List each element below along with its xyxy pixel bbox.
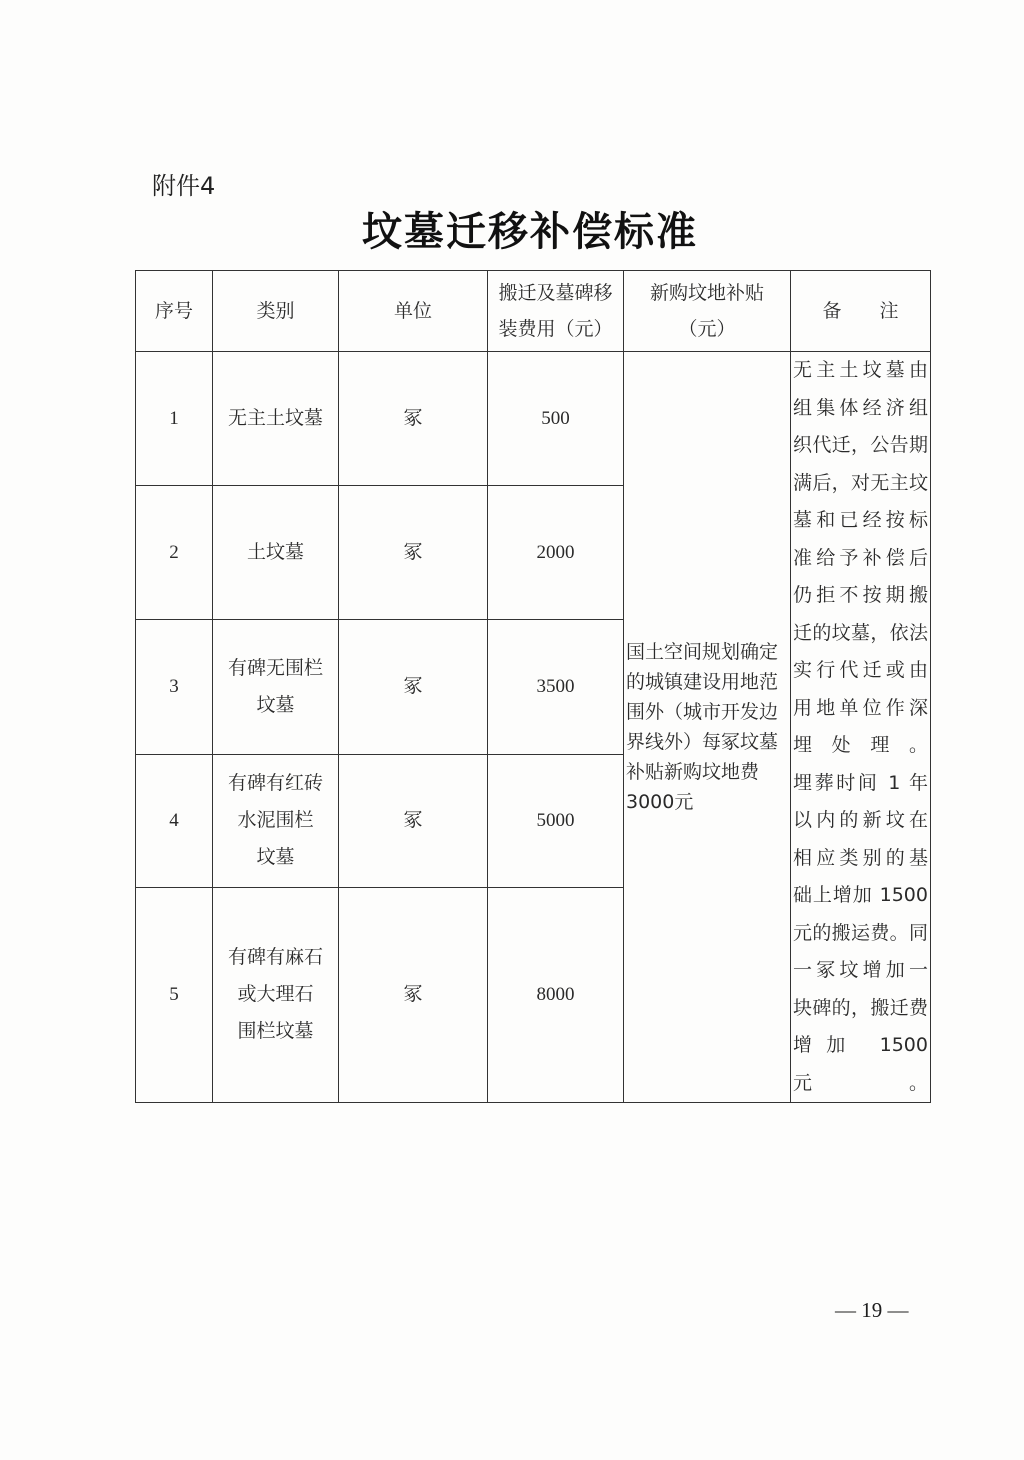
compensation-table: 序号 类别 单位 搬迁及墓碑移 装费用（元） 新购坟地补贴 （元） 备 注 1 … xyxy=(135,270,931,1103)
row-fee: 3500 xyxy=(488,620,624,754)
row-no: 5 xyxy=(136,887,213,1102)
subsidy-cell: 国土空间规划确定的城镇建设用地范围外（城市开发边界线外）每冢坟墓补贴新购坟地费3… xyxy=(624,352,791,1103)
row-unit: 冢 xyxy=(339,486,488,620)
row-no: 2 xyxy=(136,486,213,620)
header-no: 序号 xyxy=(136,271,213,352)
row-category: 土坟墓 xyxy=(213,486,339,620)
row-category: 有碑有麻石或大理石围栏坟墓 xyxy=(213,887,339,1102)
row-fee: 8000 xyxy=(488,887,624,1102)
row-fee: 2000 xyxy=(488,486,624,620)
row-no: 4 xyxy=(136,754,213,887)
row-fee: 5000 xyxy=(488,754,624,887)
row-category: 有碑无围栏坟墓 xyxy=(213,620,339,754)
header-relocation-fee: 搬迁及墓碑移 装费用（元） xyxy=(488,271,624,352)
remarks-cell: 无主土坟墓由组集体经济组织代迁，公告期满后，对无主坟墓和已经按标准给予补偿后仍拒… xyxy=(791,352,931,1103)
row-unit: 冢 xyxy=(339,887,488,1102)
row-unit: 冢 xyxy=(339,620,488,754)
row-category: 有碑有红砖水泥围栏坟墓 xyxy=(213,754,339,887)
row-no: 1 xyxy=(136,352,213,486)
table-row: 1 无主土坟墓 冢 500 国土空间规划确定的城镇建设用地范围外（城市开发边界线… xyxy=(136,352,931,486)
header-new-plot-subsidy: 新购坟地补贴 （元） xyxy=(624,271,791,352)
attachment-label: 附件4 xyxy=(152,166,215,201)
document-title: 坟墓迁移补偿标准 xyxy=(0,200,1024,257)
header-unit: 单位 xyxy=(339,271,488,352)
table-header-row: 序号 类别 单位 搬迁及墓碑移 装费用（元） 新购坟地补贴 （元） 备 注 xyxy=(136,271,931,352)
page-number: — 19 — xyxy=(835,1298,909,1323)
header-category: 类别 xyxy=(213,271,339,352)
row-no: 3 xyxy=(136,620,213,754)
header-remarks: 备 注 xyxy=(791,271,931,352)
row-category: 无主土坟墓 xyxy=(213,352,339,486)
row-unit: 冢 xyxy=(339,754,488,887)
row-fee: 500 xyxy=(488,352,624,486)
row-unit: 冢 xyxy=(339,352,488,486)
